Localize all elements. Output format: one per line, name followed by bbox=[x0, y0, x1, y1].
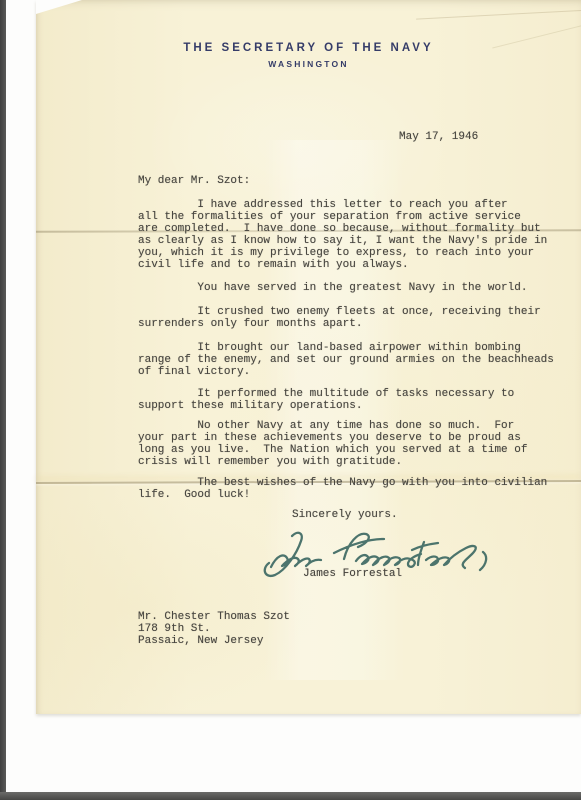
scanner-edge-left bbox=[0, 0, 6, 796]
paragraph: The best wishes of the Navy go with you … bbox=[138, 478, 547, 502]
letter-page: THE SECRETARY OF THE NAVY WASHINGTON May… bbox=[36, 0, 581, 714]
paragraph: No other Navy at any time has done so mu… bbox=[138, 421, 527, 469]
typed-signature-name: James Forrestal bbox=[303, 569, 402, 581]
letterhead-subtitle: WASHINGTON bbox=[36, 59, 581, 69]
letterhead-title: THE SECRETARY OF THE NAVY bbox=[36, 42, 581, 54]
paragraph: It crushed two enemy fleets at once, rec… bbox=[138, 307, 541, 331]
recipient-address: Mr. Chester Thomas Szot 178 9th St. Pass… bbox=[138, 612, 290, 648]
date-line: May 17, 1946 bbox=[399, 132, 478, 144]
paragraph: You have served in the greatest Navy in … bbox=[138, 283, 527, 295]
paragraph: It brought our land-based airpower withi… bbox=[138, 343, 554, 379]
paragraph: It performed the multitude of tasks nece… bbox=[138, 389, 514, 413]
greeting: My dear Mr. Szot: bbox=[138, 176, 250, 188]
paragraph: I have addressed this letter to reach yo… bbox=[138, 200, 547, 271]
scanner-edge-bottom bbox=[0, 792, 581, 800]
letterhead: THE SECRETARY OF THE NAVY WASHINGTON bbox=[36, 0, 581, 69]
closing: Sincerely yours. bbox=[292, 510, 398, 522]
